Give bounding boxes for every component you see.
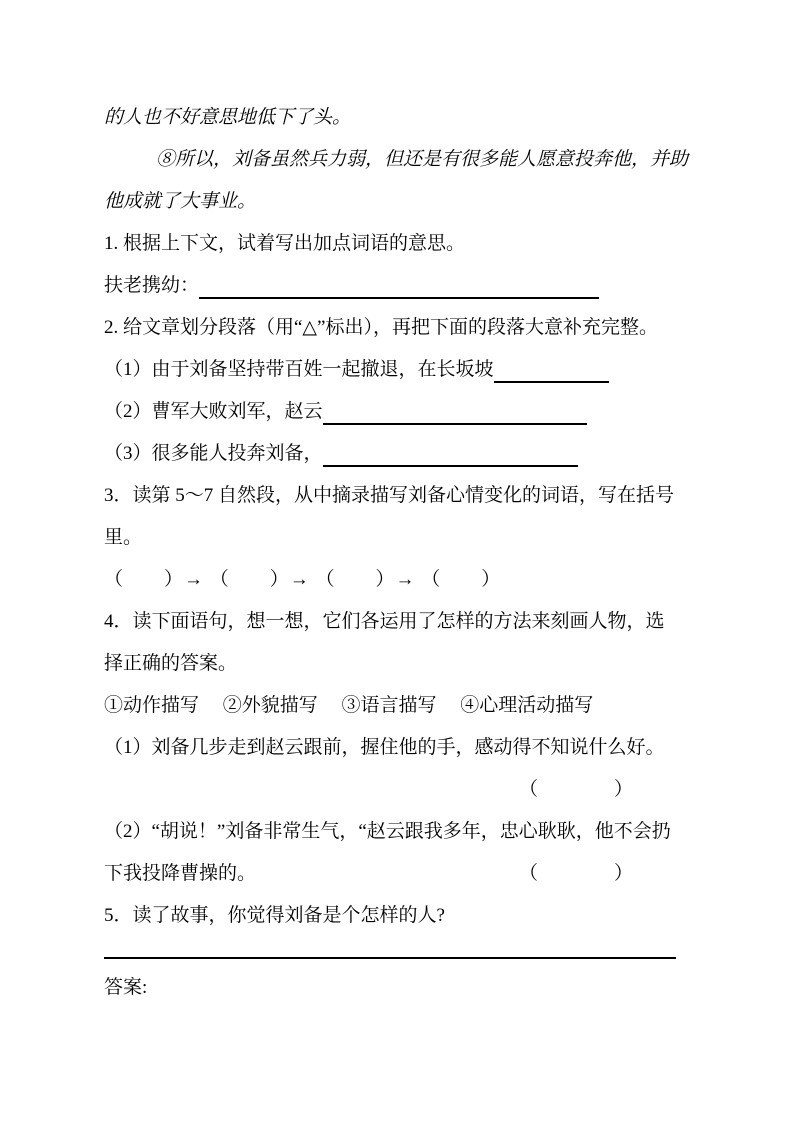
fill-in-blank <box>199 275 599 299</box>
answer-brackets: （ ） <box>519 774 633 801</box>
passage-line-7-end: 的人也不好意思地低下了头。 <box>104 94 676 136</box>
question-2-item-2-text: （2）曹军大败刘军，赵云 <box>104 396 323 423</box>
question-1-blank-row: 扶老携幼： <box>104 262 676 304</box>
document-content: 的人也不好意思地低下了头。 ⑧所以，刘备虽然兵力弱，但还是有很多能人愿意投奔他，… <box>104 94 676 1003</box>
question-2-prompt: 2. 给文章划分段落（用“△”标出），再把下面的段落大意补充完整。 <box>104 304 676 346</box>
question-2-item-1-text: （1）由于刘备坚持带百姓一起撤退，在长坂坡 <box>104 354 494 381</box>
question-4-prompt-line-2: 择正确的答案。 <box>104 640 676 682</box>
question-3-blank-sequence: （ ）→ （ ）→ （ ）→ （ ） <box>104 556 676 598</box>
fill-in-blank <box>494 359 609 383</box>
question-4-item-2-line-1: （2）“胡说！”刘备非常生气，“赵云跟我多年，忠心耿耿，他不会扔 <box>104 808 676 850</box>
question-2-item-3-text: （3）很多能人投奔刘备， <box>104 438 323 465</box>
question-4-item-2-line-2: 下我投降曹操的。 <box>104 858 256 885</box>
fill-in-blank <box>323 401 587 425</box>
question-4-prompt-line-1: 4．读下面语句，想一想，它们各运用了怎样的方法来刻画人物，选 <box>104 598 676 640</box>
question-2-item-1: （1）由于刘备坚持带百姓一起撤退，在长坂坡 <box>104 346 676 388</box>
question-1-term: 扶老携幼： <box>104 270 199 297</box>
question-1-prompt: 1. 根据上下文，试着写出加点词语的意思。 <box>104 220 676 262</box>
answer-brackets: （ ） <box>519 858 633 885</box>
question-3-prompt-line-1: 3．读第 5～7 自然段，从中摘录描写刘备心情变化的词语，写在括号 <box>104 472 676 514</box>
question-2-item-3: （3）很多能人投奔刘备， <box>104 430 676 472</box>
passage-line-8: ⑧所以，刘备虽然兵力弱，但还是有很多能人愿意投奔他，并助 <box>104 136 676 178</box>
question-4-item-1-text: （1）刘备几步走到赵云跟前，握住他的手，感动得不知说什么好。 <box>104 724 676 766</box>
question-2-item-2: （2）曹军大败刘军，赵云 <box>104 388 676 430</box>
answer-label: 答案: <box>104 967 676 1003</box>
question-4-options: ①动作描写 ②外貌描写 ③语言描写 ④心理活动描写 <box>104 682 676 724</box>
question-5-prompt: 5．读了故事，你觉得刘备是个怎样的人? <box>104 892 676 934</box>
question-4-item-1-answer-row: （ ） <box>104 766 676 808</box>
passage-line-8-end: 他成就了大事业。 <box>104 178 676 220</box>
document-page: 的人也不好意思地低下了头。 ⑧所以，刘备虽然兵力弱，但还是有很多能人愿意投奔他，… <box>0 0 793 1122</box>
question-4-item-2-answer-row: 下我投降曹操的。 （ ） <box>104 850 676 892</box>
answer-section-divider <box>104 957 676 959</box>
fill-in-blank <box>323 443 578 467</box>
question-3-prompt-line-2: 里。 <box>104 514 676 556</box>
